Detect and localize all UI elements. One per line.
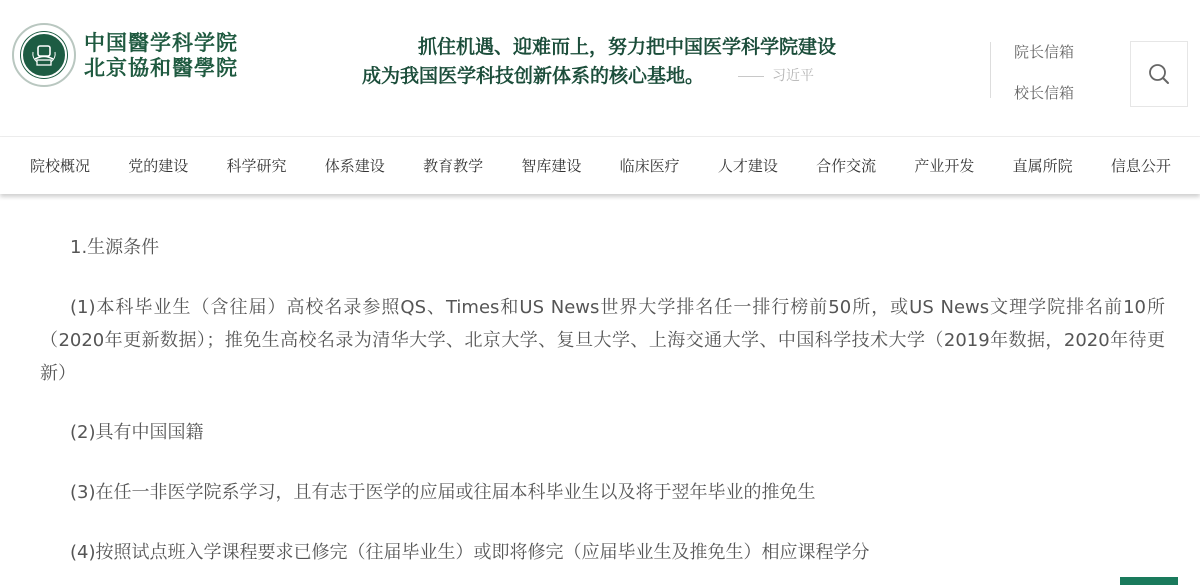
slogan-line-2: 成为我国医学科技创新体系的核心基地。: [362, 61, 704, 91]
slogan-line-1: 抓住机遇、迎难而上，努力把中国医学科学院建设: [362, 33, 842, 61]
slogan: 抓住机遇、迎难而上，努力把中国医学科学院建设 成为我国医学科技创新体系的核心基地…: [362, 33, 842, 91]
nav-item-education[interactable]: 教育教学: [423, 155, 483, 176]
logo-line-2: 北京協和醫學院: [84, 55, 238, 80]
dash-divider: [738, 76, 764, 77]
nav-item-talent[interactable]: 人才建设: [718, 155, 778, 176]
slogan-signature: 习近平: [738, 61, 814, 91]
paragraph-4: (4)按照试点班入学课程要求已修完（往届毕业生）或即将修完（应届毕业生及推免生）…: [40, 536, 1165, 569]
main-nav: 院校概况 党的建设 科学研究 体系建设 教育教学 智库建设 临床医疗 人才建设 …: [0, 137, 1200, 194]
nav-item-clinical[interactable]: 临床医疗: [620, 155, 680, 176]
nav-item-overview[interactable]: 院校概况: [30, 155, 90, 176]
president-mailbox-link[interactable]: 院长信箱: [1014, 41, 1074, 62]
nav-item-industry[interactable]: 产业开发: [914, 155, 974, 176]
section-heading: 1.生源条件: [40, 231, 1165, 264]
principal-mailbox-link[interactable]: 校长信箱: [1014, 82, 1074, 103]
paragraph-1: (1)本科毕业生（含往届）高校名录参照QS、Times和US News世界大学排…: [40, 291, 1165, 390]
search-icon: [1147, 62, 1171, 86]
header-divider: [990, 42, 991, 98]
nav-item-think-tank[interactable]: 智库建设: [521, 155, 581, 176]
emblem-icon: [12, 23, 76, 87]
nav-item-info-disclosure[interactable]: 信息公开: [1111, 155, 1171, 176]
site-header: 中国醫学科学院 北京協和醫學院 抓住机遇、迎难而上，努力把中国医学科学院建设 成…: [0, 0, 1200, 137]
nav-item-affiliates[interactable]: 直属所院: [1013, 155, 1073, 176]
nav-item-cooperation[interactable]: 合作交流: [816, 155, 876, 176]
nav-item-party-building[interactable]: 党的建设: [128, 155, 188, 176]
signature-text: 习近平: [772, 61, 814, 91]
back-to-top-button[interactable]: [1120, 577, 1178, 585]
nav-item-research[interactable]: 科学研究: [227, 155, 287, 176]
paragraph-2: (2)具有中国国籍: [40, 416, 1165, 449]
logo-line-1: 中国醫学科学院: [84, 30, 238, 55]
site-logo[interactable]: 中国醫学科学院 北京協和醫學院: [12, 23, 238, 87]
nav-item-system-building[interactable]: 体系建设: [325, 155, 385, 176]
paragraph-3: (3)在任一非医学院系学习，且有志于医学的应届或往届本科毕业生以及将于翌年毕业的…: [40, 476, 1165, 509]
search-button[interactable]: [1130, 41, 1188, 107]
